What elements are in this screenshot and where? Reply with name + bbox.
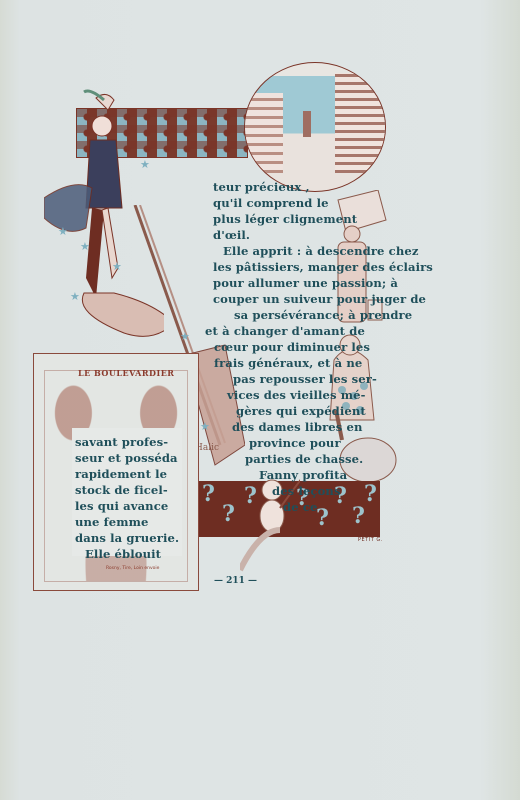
card-caption: Rosny, Tire, Loin envoie <box>106 566 159 571</box>
text-line: couper un suiveur pour juger de <box>213 291 426 307</box>
text-line: sa persévérance; à prendre <box>234 307 412 323</box>
text-line: pour allumer une passion; à <box>213 275 398 291</box>
inset-card: LE BOULEVARDIER savant profes- seur et p… <box>33 353 199 591</box>
question-mark-icon: ? <box>364 481 377 507</box>
text-line: plus léger clignement <box>213 211 357 227</box>
star-icon: ★ <box>70 290 80 303</box>
question-mark-icon: ? <box>316 505 329 531</box>
card-text-line: rapidement le <box>75 466 167 482</box>
text-line: frais généraux, et à ne <box>214 355 362 371</box>
star-icon: ★ <box>80 240 90 253</box>
text-line: teur précieux , <box>213 179 285 195</box>
text-line: qu'il comprend le <box>213 195 329 211</box>
star-icon: ★ <box>140 158 150 171</box>
text-line: Fanny profita <box>259 467 347 483</box>
text-line: des leçons <box>272 483 341 499</box>
star-icon: ★ <box>58 225 68 238</box>
text-line: des dames libres en <box>232 419 363 435</box>
card-title: LE BOULEVARDIER <box>78 368 174 378</box>
tower-icon <box>303 111 311 137</box>
text-line: d'œil. <box>213 227 250 243</box>
card-text-line: les qui avance <box>75 498 168 514</box>
street-scene-icon <box>244 62 386 192</box>
text-line: les pâtissiers, manger des éclairs <box>213 259 433 275</box>
text-line: cœur pour diminuer les <box>214 339 370 355</box>
question-mark-icon: ? <box>222 501 235 527</box>
card-text-line: seur et posséda <box>75 450 178 466</box>
star-icon: ★ <box>180 330 190 343</box>
card-text-line: Elle éblouit <box>85 546 161 562</box>
text-line: parties de chasse. <box>245 451 363 467</box>
card-text-line: une femme <box>75 514 148 530</box>
artist-signature: PETIT G. <box>358 537 383 543</box>
question-mark-icon: ? <box>352 503 365 529</box>
star-icon: ★ <box>112 260 122 273</box>
card-text-line: savant profes- <box>75 434 168 450</box>
text-line: province pour <box>249 435 341 451</box>
text-line: de ce <box>283 499 317 515</box>
text-line: vices des vieilles mé- <box>227 387 366 403</box>
text-line: gères qui expédient <box>236 403 366 419</box>
page-number: — 211 — <box>214 576 257 586</box>
card-text-line: stock de ficel- <box>75 482 168 498</box>
text-line: et à changer d'amant de <box>205 323 365 339</box>
building-right-icon <box>335 73 385 173</box>
text-line: pas repousser les ser- <box>233 371 377 387</box>
card-text-line: dans la gruerie. <box>75 530 179 546</box>
text-line: Elle apprit : à descendre chez <box>223 243 419 259</box>
building-left-icon <box>245 93 283 173</box>
question-mark-icon: ? <box>202 481 215 507</box>
star-icon: ★ <box>200 420 210 433</box>
book-page: Halic ★ ★ ★ ★ ★ ★ ★ ? ? ? ? ? ? ? ? ? <box>0 0 520 800</box>
